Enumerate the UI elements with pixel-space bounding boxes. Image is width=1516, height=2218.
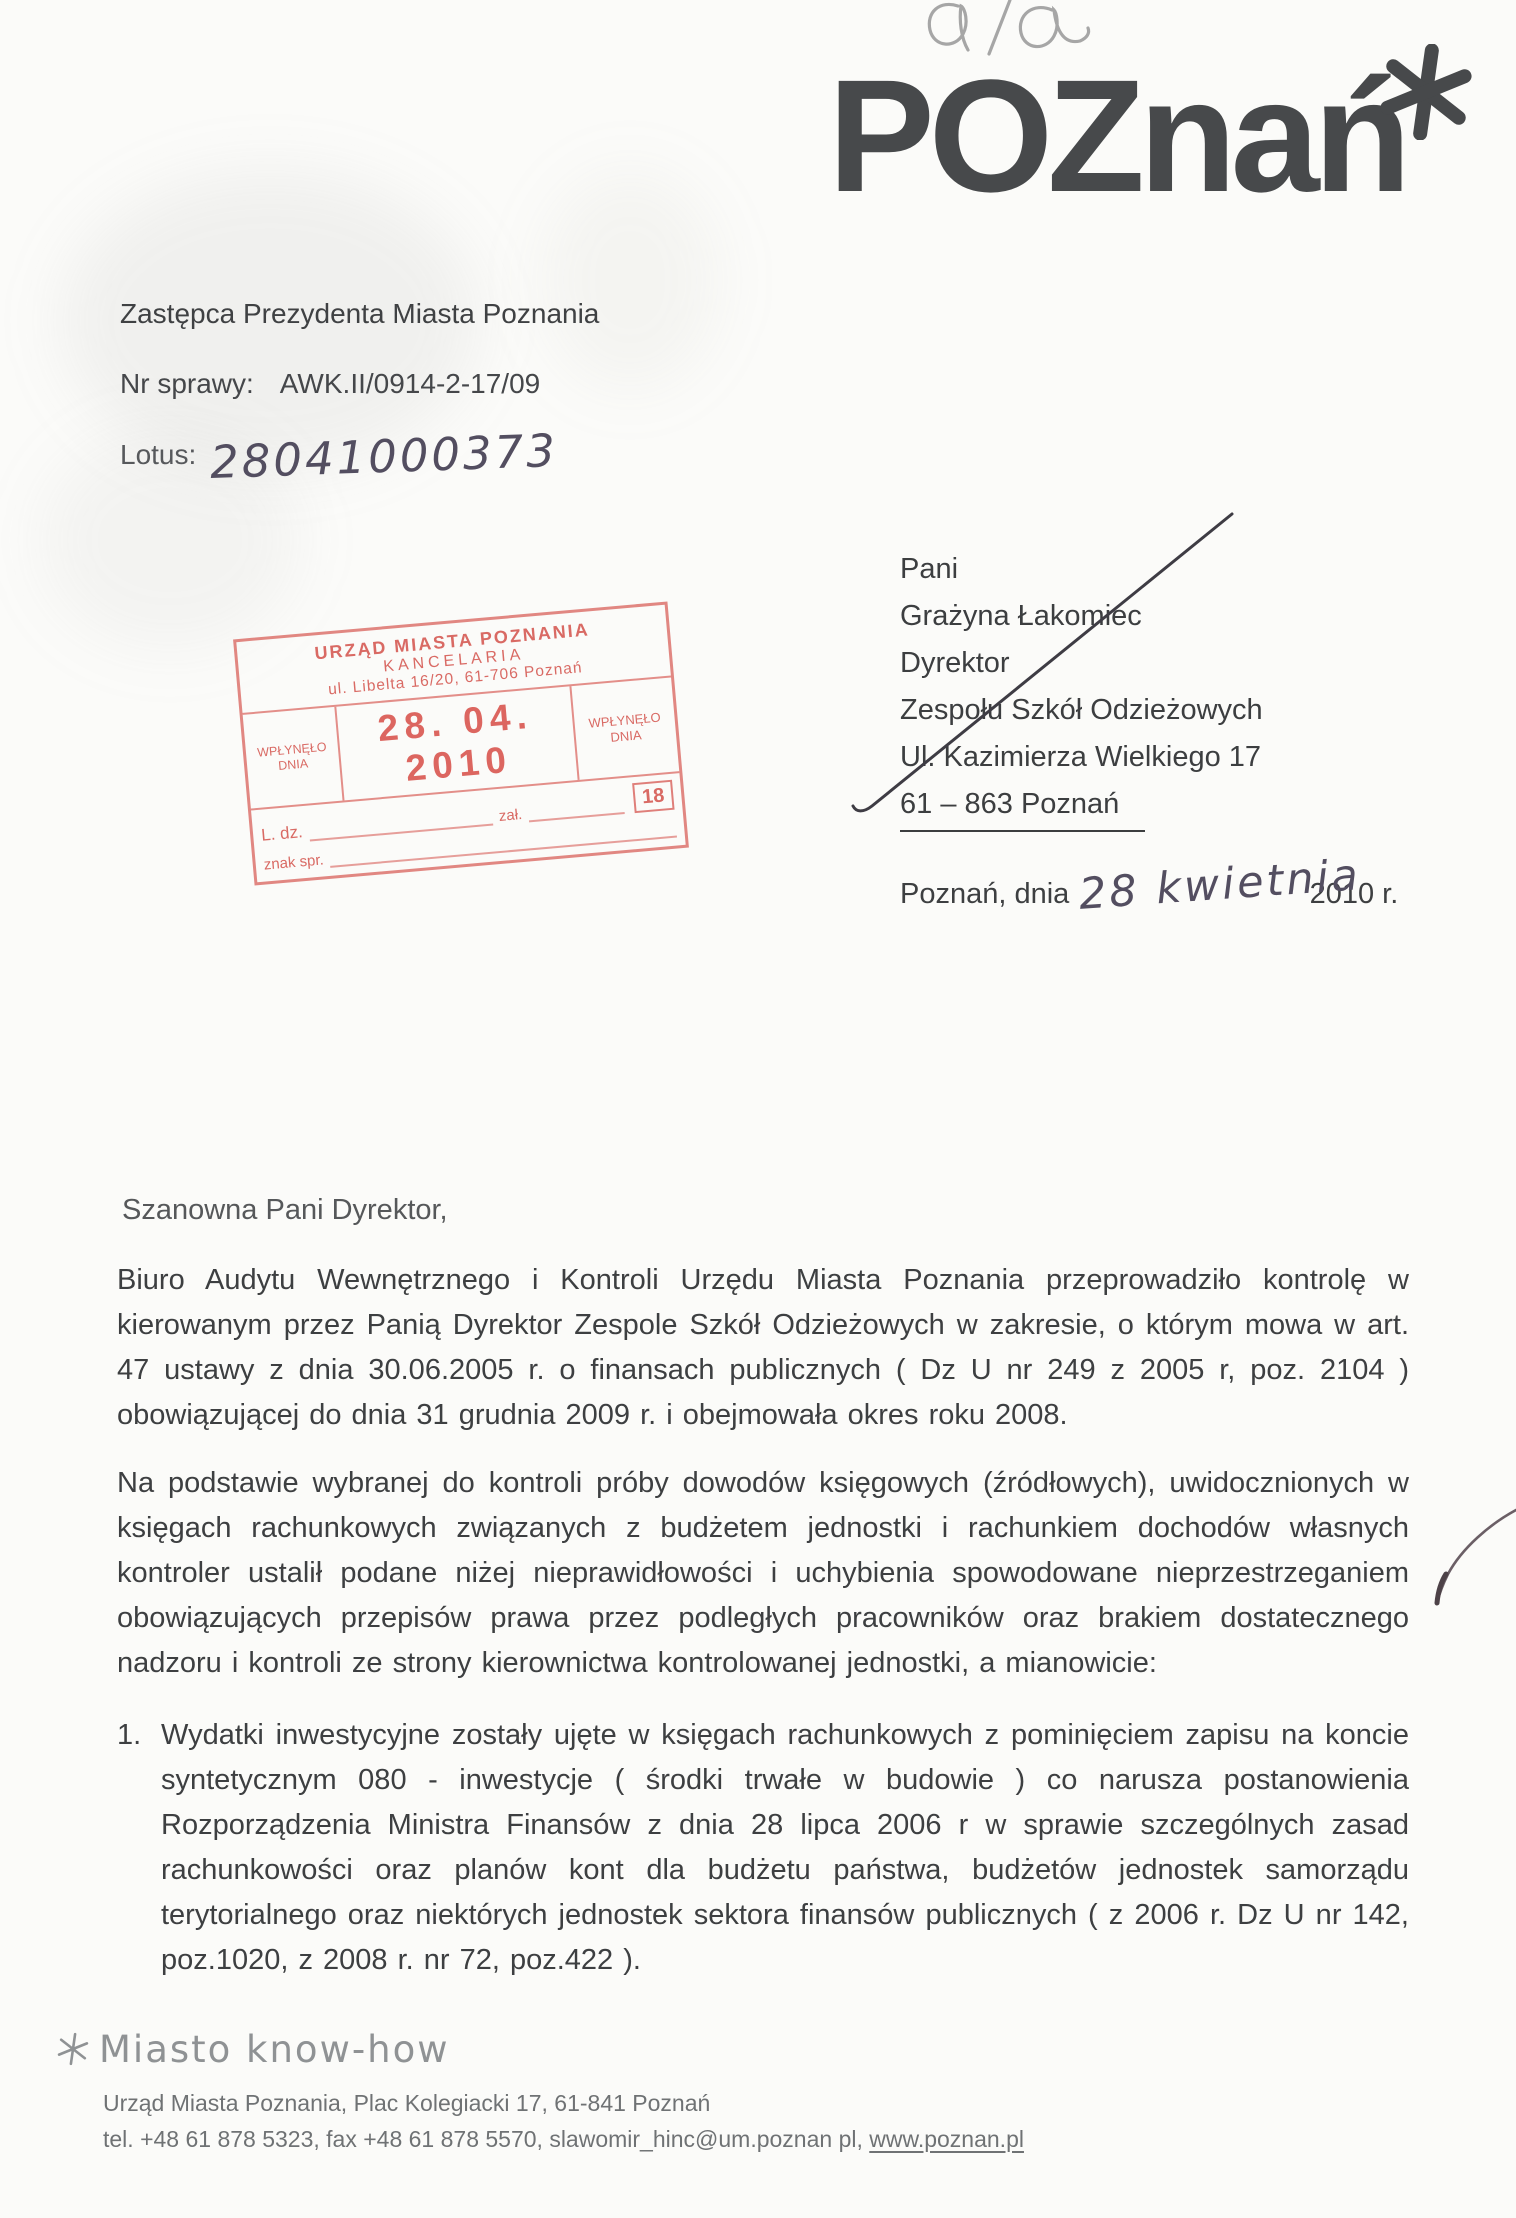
case-number-line: Nr sprawy:AWK.II/0914-2-17/09	[120, 368, 540, 400]
footer-contact-text: tel. +48 61 878 5323, fax +48 61 878 557…	[103, 2126, 869, 2152]
stamp-received-label-right: WPŁYNĘŁO DNIA	[569, 677, 679, 780]
case-number-value: AWK.II/0914-2-17/09	[280, 368, 540, 399]
footer-brand: Miasto know-how	[55, 2028, 450, 2071]
footer-contact: tel. +48 61 878 5323, fax +48 61 878 557…	[103, 2126, 1024, 2153]
paragraph: Biuro Audytu Wewnętrznego i Kontroli Urz…	[117, 1258, 1409, 1438]
pen-mark	[1437, 1510, 1516, 1603]
logo-asterisk-icon	[1378, 44, 1474, 140]
dateline: Poznań, dnia28 kwietnia2010 r.	[900, 868, 1398, 911]
lotus-line: Lotus:28041000373	[120, 434, 558, 479]
scan-smudge	[540, 170, 720, 390]
poznan-logo: POZnań	[828, 56, 1405, 236]
stamp-znak-label: znak spr.	[263, 851, 324, 873]
recipient-line: Dyrektor	[900, 640, 1263, 687]
poznan-logo-text: POZnań	[828, 46, 1405, 225]
stamp-date: 28. 04. 2010	[337, 691, 577, 795]
dateline-prefix: Poznań, dnia	[900, 878, 1069, 910]
numbered-item: 1. Wydatki inwestycyjne zostały ujęte w …	[117, 1713, 1409, 1983]
footer-website: www.poznan.pl	[869, 2126, 1024, 2152]
recipient-line: Zespołu Szkół Odzieżowych	[900, 687, 1263, 734]
sender-title: Zastępca Prezydenta Miasta Poznania	[120, 298, 599, 330]
item-number: 1.	[117, 1713, 161, 1983]
footer-asterisk-icon	[55, 2028, 91, 2070]
letter-body: Biuro Audytu Wewnętrznego i Kontroli Urz…	[117, 1258, 1409, 1983]
registry-stamp: URZĄD MIASTA POZNANIA KANCELARIA ul. Lib…	[233, 601, 689, 885]
stamp-received-label-left: WPŁYNĘŁO DNIA	[243, 707, 345, 809]
lotus-label: Lotus:	[120, 439, 196, 470]
case-number-label: Nr sprawy:	[120, 368, 254, 399]
stamp-ldz-label: L. dz.	[260, 822, 303, 846]
lotus-handwritten-number: 28041000373	[210, 428, 559, 485]
recipient-line: Pani	[900, 546, 1263, 593]
stamp-zal-label: zał.	[498, 806, 523, 825]
recipient-postal-line: 61 – 863 Poznań	[900, 781, 1145, 832]
paragraph: Na podstawie wybranej do kontroli próby …	[117, 1461, 1409, 1686]
stamp-blank-line	[527, 794, 624, 822]
stamp-number-box: 18	[632, 780, 675, 813]
footer-address: Urząd Miasta Poznania, Plac Kolegiacki 1…	[103, 2090, 710, 2117]
recipient-block: Pani Grażyna Łakomiec Dyrektor Zespołu S…	[900, 546, 1263, 832]
recipient-line: Ul. Kazimierza Wielkiego 17	[900, 734, 1263, 781]
recipient-line: Grażyna Łakomiec	[900, 593, 1263, 640]
salutation: Szanowna Pani Dyrektor,	[122, 1194, 448, 1227]
item-text: Wydatki inwestycyjne zostały ujęte w ksi…	[161, 1713, 1409, 1983]
scanned-letter-page: POZnań Zastępca Prezydenta Miasta Poznan…	[0, 0, 1516, 2218]
footer-brand-text: Miasto know-how	[99, 2028, 450, 2071]
